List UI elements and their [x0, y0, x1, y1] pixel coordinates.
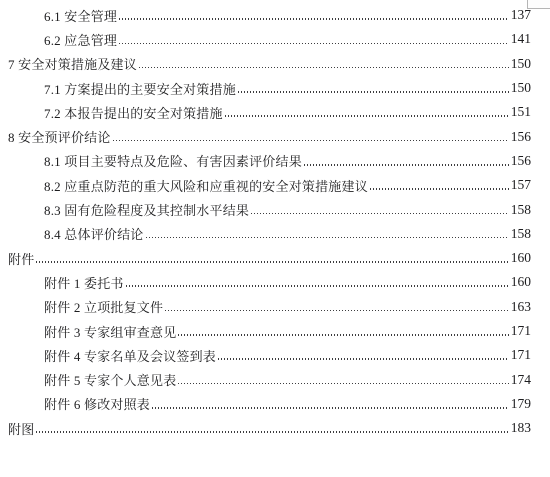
- toc-entry[interactable]: 7.1 方案提出的主要安全对策措施 150: [8, 76, 531, 100]
- dot-leader: [139, 67, 509, 69]
- toc-entry-page: 163: [511, 299, 531, 315]
- toc-entry[interactable]: 8.1 项目主要特点及危险、有害因素评价结果 156: [8, 149, 531, 173]
- toc-entry-page: 141: [511, 31, 531, 47]
- toc-entry-label: 8.1 项目主要特点及危险、有害因素评价结果: [44, 151, 302, 170]
- toc-entry-page: 151: [511, 104, 531, 120]
- toc-entry-label: 6.2 应急管理: [44, 30, 117, 49]
- dot-leader: [251, 213, 509, 215]
- toc-entry-page: 160: [511, 274, 531, 290]
- toc-entry-page: 158: [511, 202, 531, 218]
- toc-entry-page: 156: [511, 153, 531, 169]
- toc-entry-label: 6.1 安全管理: [44, 6, 117, 25]
- toc-entry-page: 160: [511, 250, 531, 266]
- toc-entry-page: 158: [511, 226, 531, 242]
- toc-entry[interactable]: 7.2 本报告提出的安全对策措施 151: [8, 100, 531, 124]
- toc-entry[interactable]: 附件 160: [8, 246, 531, 270]
- toc-entry-page: 137: [511, 7, 531, 23]
- dot-leader: [119, 18, 509, 20]
- toc-entry-page: 157: [511, 177, 531, 193]
- toc-entry-label: 8 安全预评价结论: [8, 127, 111, 146]
- toc-entry-label: 附件 5 专家个人意见表: [44, 370, 176, 389]
- toc-entry-label: 8.4 总体评价结论: [44, 224, 144, 243]
- toc-entry[interactable]: 附图 183: [8, 416, 531, 440]
- toc-entry[interactable]: 附件 3 专家组审查意见 171: [8, 319, 531, 343]
- dot-leader: [36, 261, 508, 263]
- toc-entry-label: 8.2 应重点防范的重大风险和应重视的安全对策措施建议: [44, 176, 368, 195]
- dot-leader: [178, 334, 508, 336]
- toc-entry-label: 7.2 本报告提出的安全对策措施: [44, 103, 223, 122]
- dot-leader: [113, 140, 509, 142]
- toc-entry[interactable]: 附件 1 委托书 160: [8, 270, 531, 294]
- toc-entry-label: 7.1 方案提出的主要安全对策措施: [44, 79, 236, 98]
- toc-entry[interactable]: 附件 2 立项批复文件 163: [8, 295, 531, 319]
- dot-leader: [370, 188, 509, 190]
- toc-entry-page: 156: [511, 129, 531, 145]
- toc-entry-label: 附件 1 委托书: [44, 273, 124, 292]
- toc-entry[interactable]: 7 安全对策措施及建议 150: [8, 52, 531, 76]
- toc-entry-page: 150: [511, 56, 531, 72]
- dot-leader: [36, 431, 508, 433]
- table-of-contents: 6.1 安全管理 137 6.2 应急管理 141 7 安全对策措施及建议 15…: [0, 0, 550, 440]
- toc-entry-label: 附件 4 专家名单及会议签到表: [44, 346, 216, 365]
- toc-entry-page: 171: [511, 323, 531, 339]
- dot-leader: [165, 310, 509, 312]
- dot-leader: [225, 115, 509, 117]
- toc-entry[interactable]: 8.2 应重点防范的重大风险和应重视的安全对策措施建议 157: [8, 173, 531, 197]
- toc-entry[interactable]: 附件 4 专家名单及会议签到表 171: [8, 343, 531, 367]
- toc-entry-label: 7 安全对策措施及建议: [8, 54, 137, 73]
- toc-entry[interactable]: 6.2 应急管理 141: [8, 27, 531, 51]
- dot-leader: [238, 91, 509, 93]
- toc-entry[interactable]: 8.3 固有危险程度及其控制水平结果 158: [8, 197, 531, 221]
- toc-entry[interactable]: 附件 6 修改对照表 179: [8, 392, 531, 416]
- toc-entry-label: 附件 6 修改对照表: [44, 394, 150, 413]
- dot-leader: [126, 285, 509, 287]
- toc-entry-page: 179: [511, 396, 531, 412]
- toc-entry-page: 174: [511, 372, 531, 388]
- dot-leader: [119, 43, 509, 45]
- toc-entry-page: 150: [511, 80, 531, 96]
- dot-leader: [304, 164, 509, 166]
- toc-entry[interactable]: 附件 5 专家个人意见表 174: [8, 367, 531, 391]
- toc-entry[interactable]: 8.4 总体评价结论 158: [8, 222, 531, 246]
- toc-entry[interactable]: 8 安全预评价结论 156: [8, 124, 531, 148]
- toc-entry-label: 附件 2 立项批复文件: [44, 297, 163, 316]
- dot-leader: [178, 383, 508, 385]
- toc-entry[interactable]: 6.1 安全管理 137: [8, 3, 531, 27]
- toc-entry-label: 8.3 固有危险程度及其控制水平结果: [44, 200, 249, 219]
- cutoff-panel-corner: [527, 0, 550, 9]
- toc-entry-label: 附件 3 专家组审查意见: [44, 322, 176, 341]
- toc-entry-page: 171: [511, 347, 531, 363]
- toc-entry-label: 附件: [8, 249, 34, 268]
- dot-leader: [152, 407, 509, 409]
- toc-entry-page: 183: [511, 420, 531, 436]
- toc-entry-label: 附图: [8, 419, 34, 438]
- dot-leader: [218, 358, 509, 360]
- dot-leader: [146, 237, 509, 239]
